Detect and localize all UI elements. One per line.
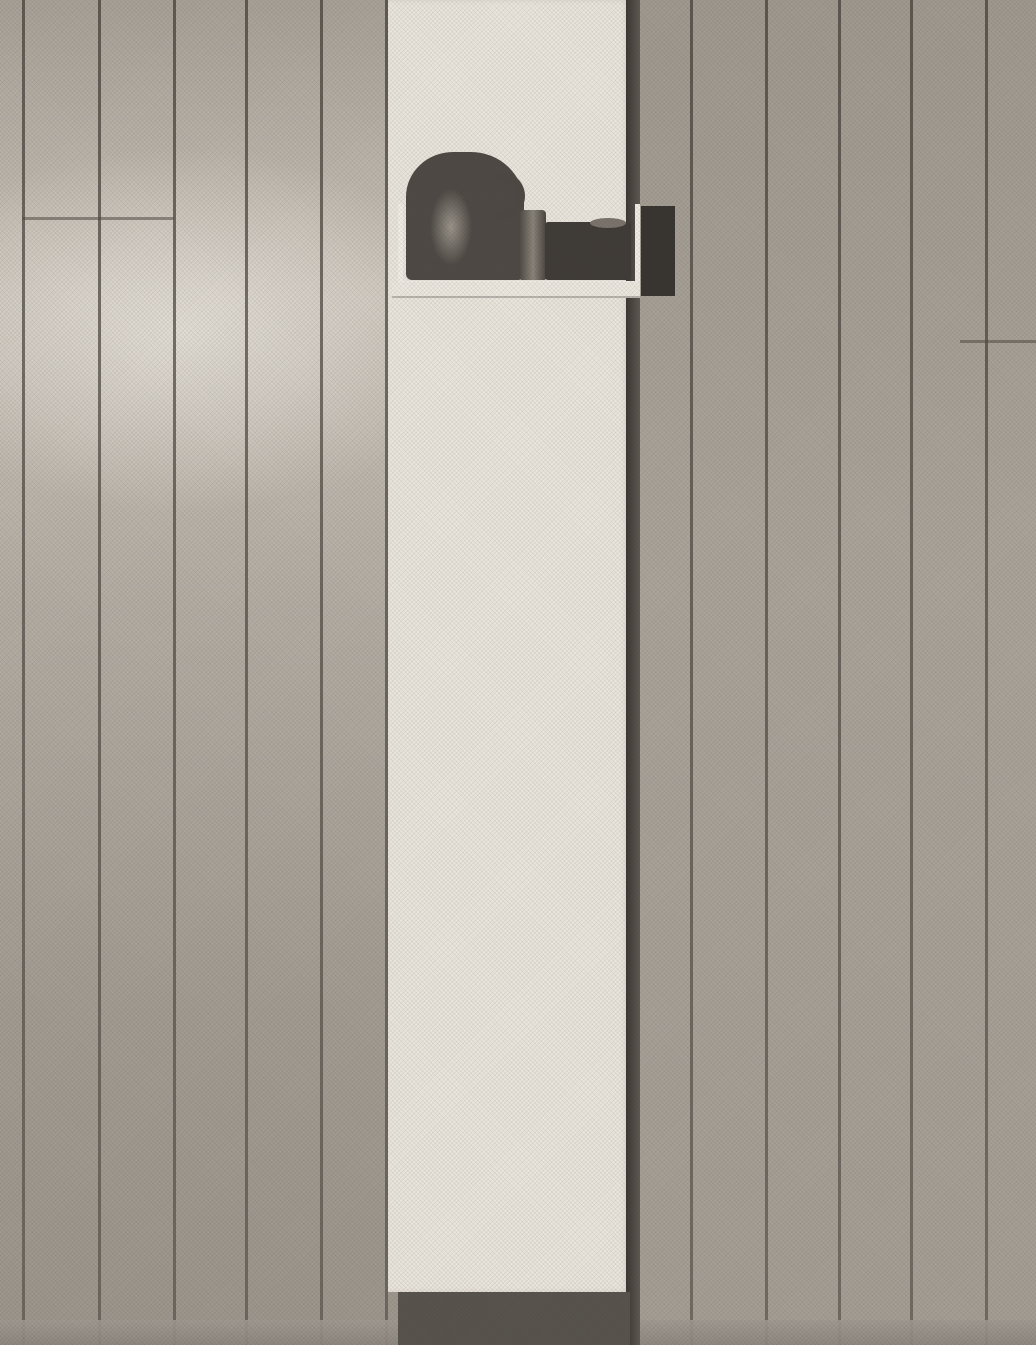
plank-seam — [765, 0, 768, 1345]
shelf-frame — [398, 204, 640, 286]
plank-seam — [173, 0, 176, 1345]
plank-seam — [320, 0, 323, 1345]
plank-seam — [910, 0, 913, 1345]
shelf-ledge — [392, 282, 640, 298]
plank-seam — [838, 0, 841, 1345]
plank-seam — [690, 0, 693, 1345]
plank-joint — [22, 217, 174, 220]
plank-seam — [98, 0, 101, 1345]
plank-seam — [245, 0, 248, 1345]
pedestal-shadow — [626, 0, 640, 1345]
plank-seam — [22, 0, 25, 1345]
photograph — [0, 0, 1036, 1345]
pedestal-base — [398, 1292, 630, 1345]
plank-joint — [960, 340, 1036, 343]
plank-seam — [985, 0, 988, 1345]
dark-box-object — [641, 206, 675, 296]
